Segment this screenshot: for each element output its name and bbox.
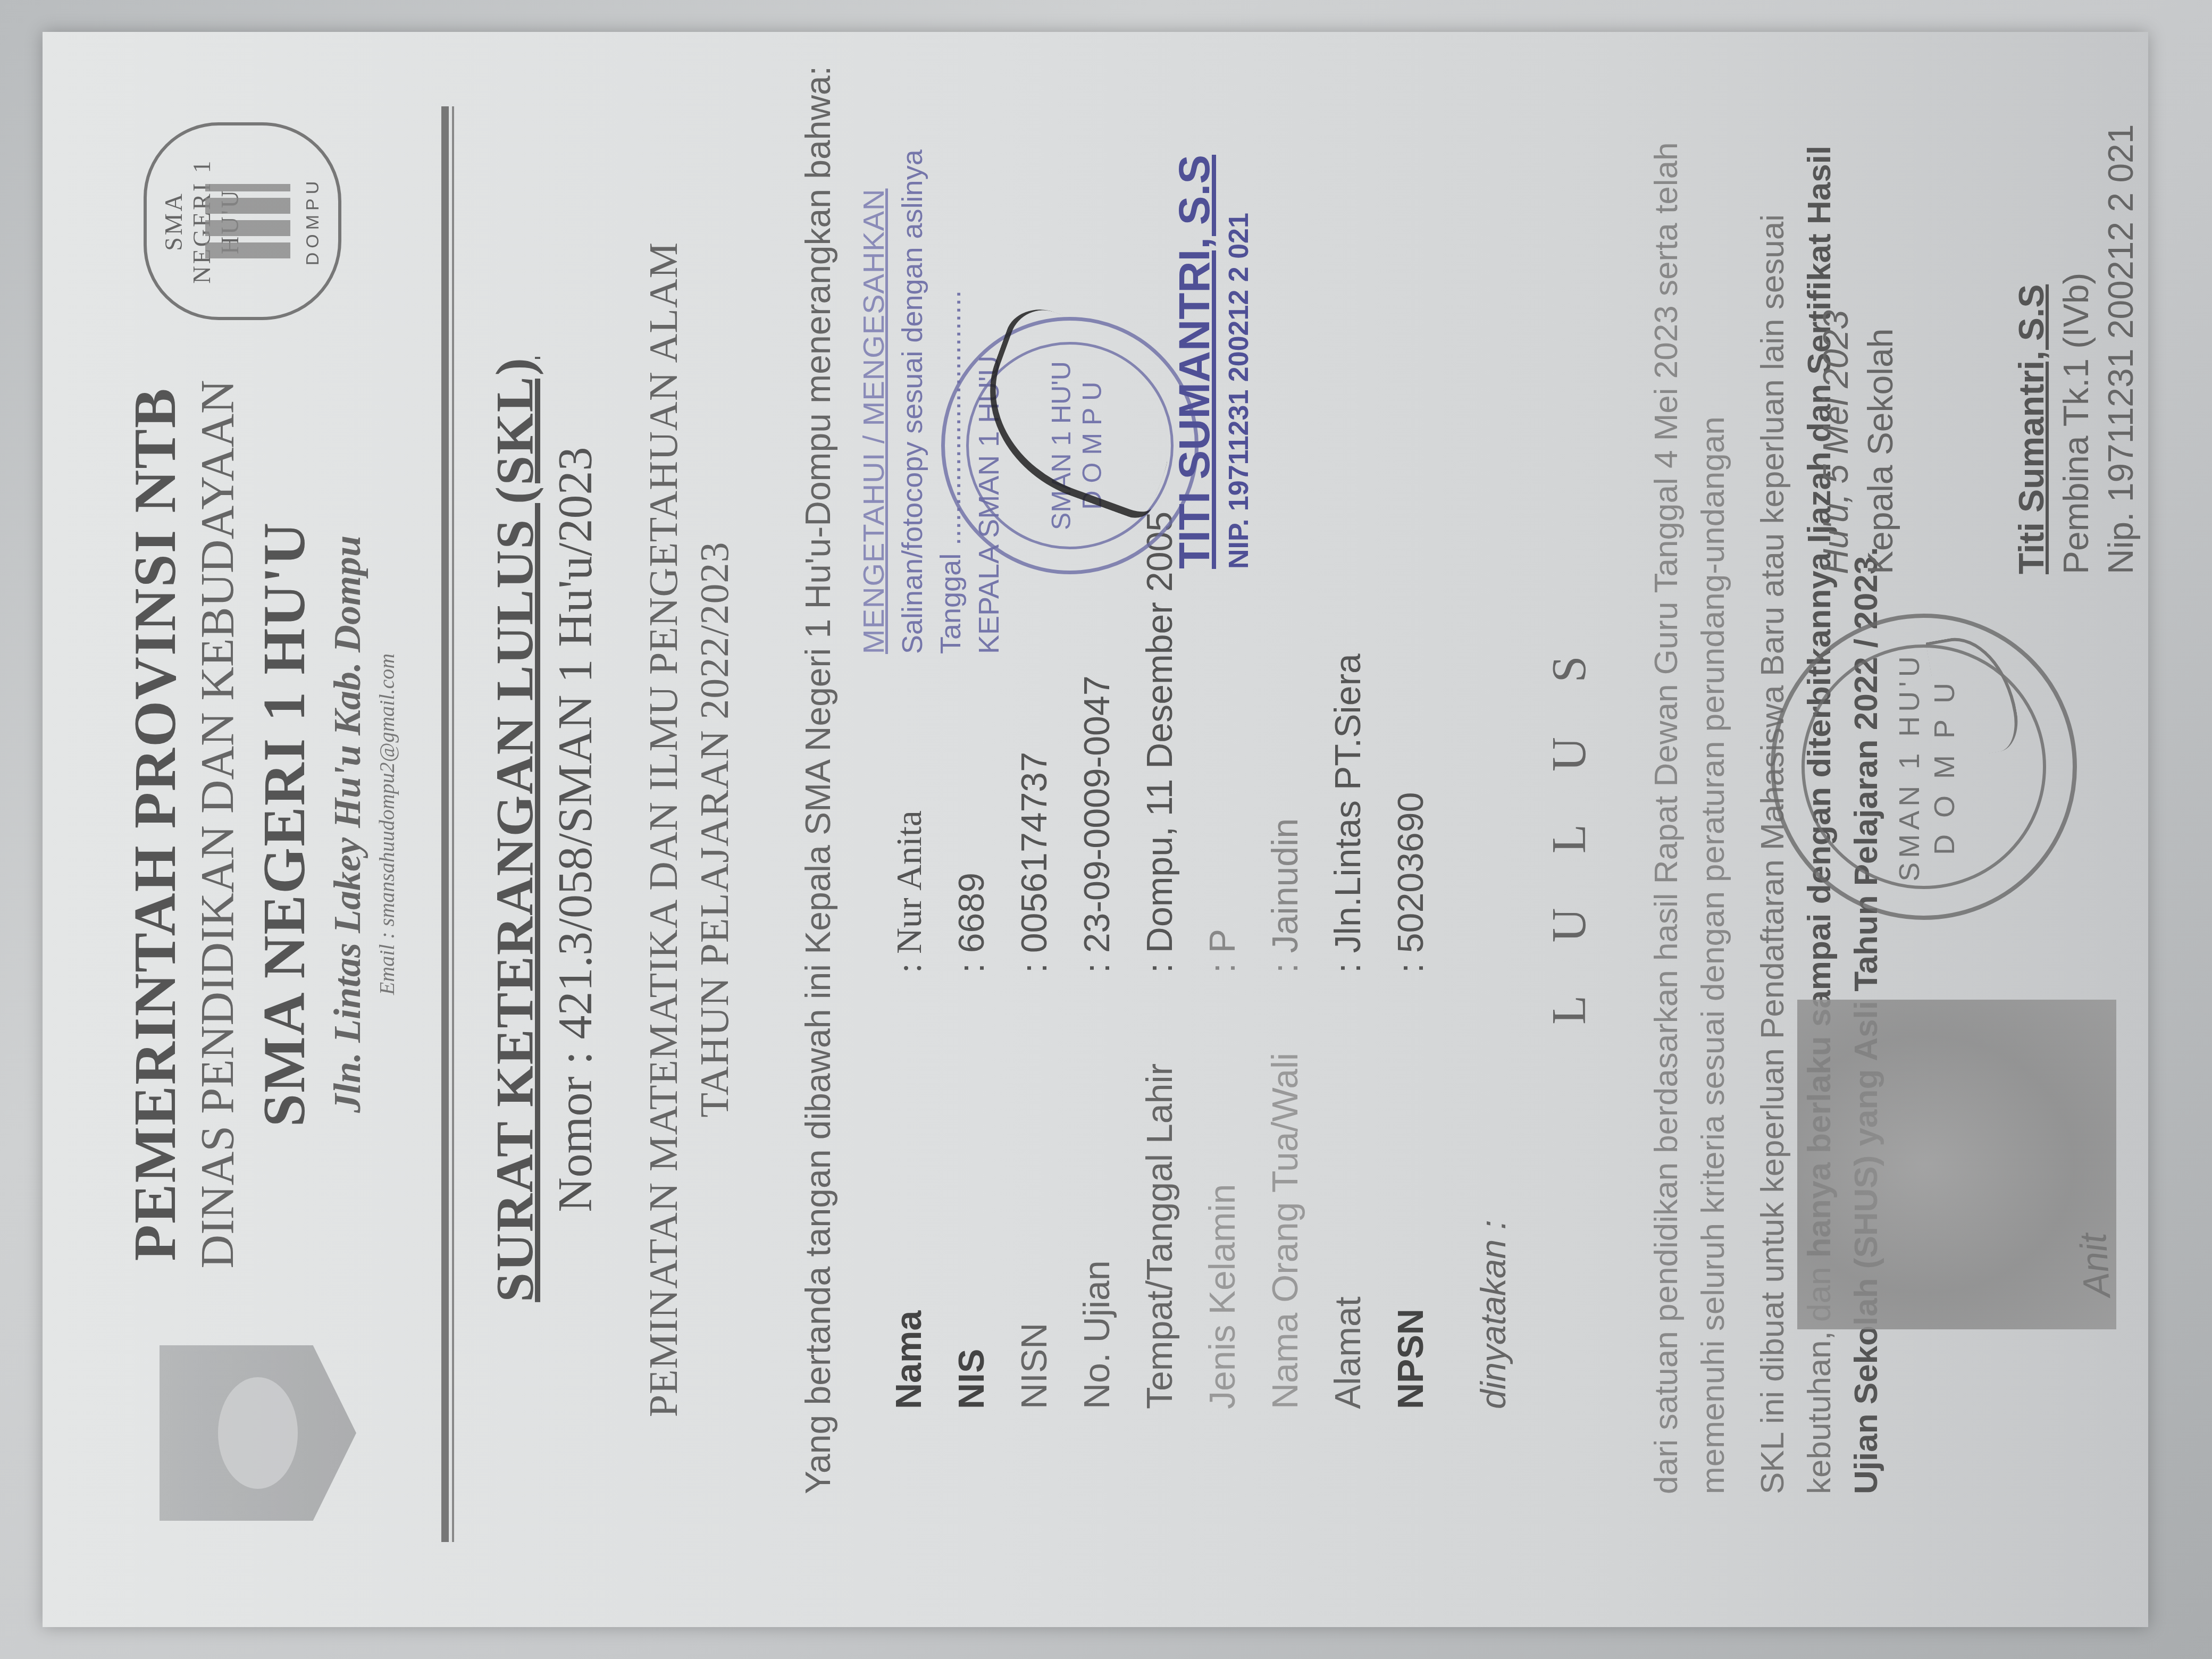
- school-seal-icon: SMAN 1 HU'U D O M P U: [1771, 614, 2077, 920]
- letterhead-divider: [441, 106, 449, 1542]
- letterhead-address: Jln. Lintas Lakey Hu'u Kab. Dompu: [322, 335, 373, 1313]
- student-photo: [1797, 1000, 2116, 1329]
- declared-label: dinyatakan :: [1473, 1220, 1513, 1409]
- field-value: : Jainudin: [1264, 818, 1306, 973]
- field-value: : 50203690: [1390, 792, 1431, 973]
- field-value: : Jln.Lintas PT.Siera: [1327, 653, 1369, 973]
- field-row: Alamat : Jln.Lintas PT.Siera: [1317, 346, 1379, 1409]
- legalization-nip: NIP. 19711231 200212 2 021: [1223, 213, 1255, 569]
- student-signature: Anit: [2072, 1232, 2118, 1299]
- subtitle-block: PEMINATAN MATEMATIKA DAN ILMU PENGETAHUA…: [638, 32, 740, 1627]
- intro-statement: Yang bertanda tangan dibawah ini Kepala …: [798, 66, 838, 1494]
- legalization-heading: MENGETAHUI / MENGESAHKAN: [856, 122, 891, 654]
- legalization-officer: TITI SUMANTRI, S.S: [1170, 155, 1220, 569]
- signature-block: Hu'u, 5 Mei 2023 Kepala Sekolah Titi Sum…: [1813, 96, 2143, 574]
- field-label: Tempat/Tanggal Lahir: [1139, 973, 1180, 1409]
- letterhead-department: DINAS PENDIDIKAN DAN KEBUDAYAAN: [189, 335, 247, 1313]
- signature-place-date: Hu'u, 5 Mei 2023: [1813, 96, 1858, 574]
- subtitle-year: TAHUN PELAJARAN 2022/2023: [689, 32, 740, 1627]
- field-label: Jenis Kelamin: [1202, 973, 1243, 1409]
- field-label: Nama: [888, 973, 929, 1409]
- field-label: NISN: [1013, 973, 1055, 1409]
- school-emblem-bottom-text: DOMPU: [303, 147, 323, 296]
- signatory-name: Titi Sumantri, S.S: [2009, 96, 2054, 574]
- letterhead-email: Email : smansahuudompu2@gmail.com: [373, 335, 401, 1313]
- book-icon: [205, 184, 290, 258]
- legalization-copy-note: Salinan/fotocopy sesuai dengan aslinya: [896, 122, 929, 654]
- signature-position: Kepala Sekolah: [1858, 96, 1903, 574]
- legalization-stamp: MENGETAHUI / MENGESAHKAN Salinan/fotocop…: [856, 122, 1260, 654]
- signatory-rank: Pembina Tk.1 (IVb): [2054, 96, 2098, 574]
- field-value: : 6689: [951, 873, 992, 973]
- field-label: No. Ujian: [1076, 973, 1118, 1409]
- field-value: : 0056174737: [1013, 752, 1055, 973]
- letterhead-text: PEMERINTAH PROVINSI NTB DINAS PENDIDIKAN…: [122, 335, 401, 1313]
- ntb-provincial-emblem-icon: [160, 1345, 356, 1521]
- graduation-result: L U L U S: [1542, 32, 1597, 1627]
- letterhead: PEMERINTAH PROVINSI NTB DINAS PENDIDIKAN…: [122, 106, 463, 1542]
- letterhead-school: SMA NEGERI 1 HU'U: [247, 335, 322, 1313]
- field-label: NIS: [951, 973, 992, 1409]
- signatory-nip: Nip. 19711231 200212 2 021: [2098, 96, 2143, 574]
- field-value: : Nur Anita: [888, 810, 930, 973]
- field-row: NPSN : 50203690: [1379, 346, 1442, 1409]
- document-title: SURAT KETERANGAN LULUS (SKL): [484, 32, 545, 1627]
- field-label: NPSN: [1390, 973, 1431, 1409]
- subtitle-program: PEMINATAN MATEMATIKA DAN ILMU PENGETAHUA…: [638, 32, 689, 1627]
- basis-paragraph: dari satuan pendidikan berdasarkan hasil…: [1643, 133, 1737, 1494]
- field-row: Nama Orang Tua/Wali : Jainudin: [1254, 346, 1317, 1409]
- letterhead-government: PEMERINTAH PROVINSI NTB: [122, 335, 189, 1313]
- document-number: Nomor : 421.3/058/SMAN 1 Hu'u/2023: [545, 32, 606, 1627]
- school-emblem-icon: SMA NEGERI 1 HU'U DOMPU: [144, 122, 341, 320]
- document-title-block: SURAT KETERANGAN LULUS (SKL) Nomor : 421…: [484, 32, 606, 1627]
- skl-certificate-page: PEMERINTAH PROVINSI NTB DINAS PENDIDIKAN…: [43, 32, 2148, 1627]
- field-label: Alamat: [1327, 973, 1369, 1409]
- field-value: : 23-09-0009-0047: [1076, 675, 1118, 973]
- field-value: : P: [1202, 929, 1243, 973]
- field-label: Nama Orang Tua/Wali: [1264, 973, 1306, 1409]
